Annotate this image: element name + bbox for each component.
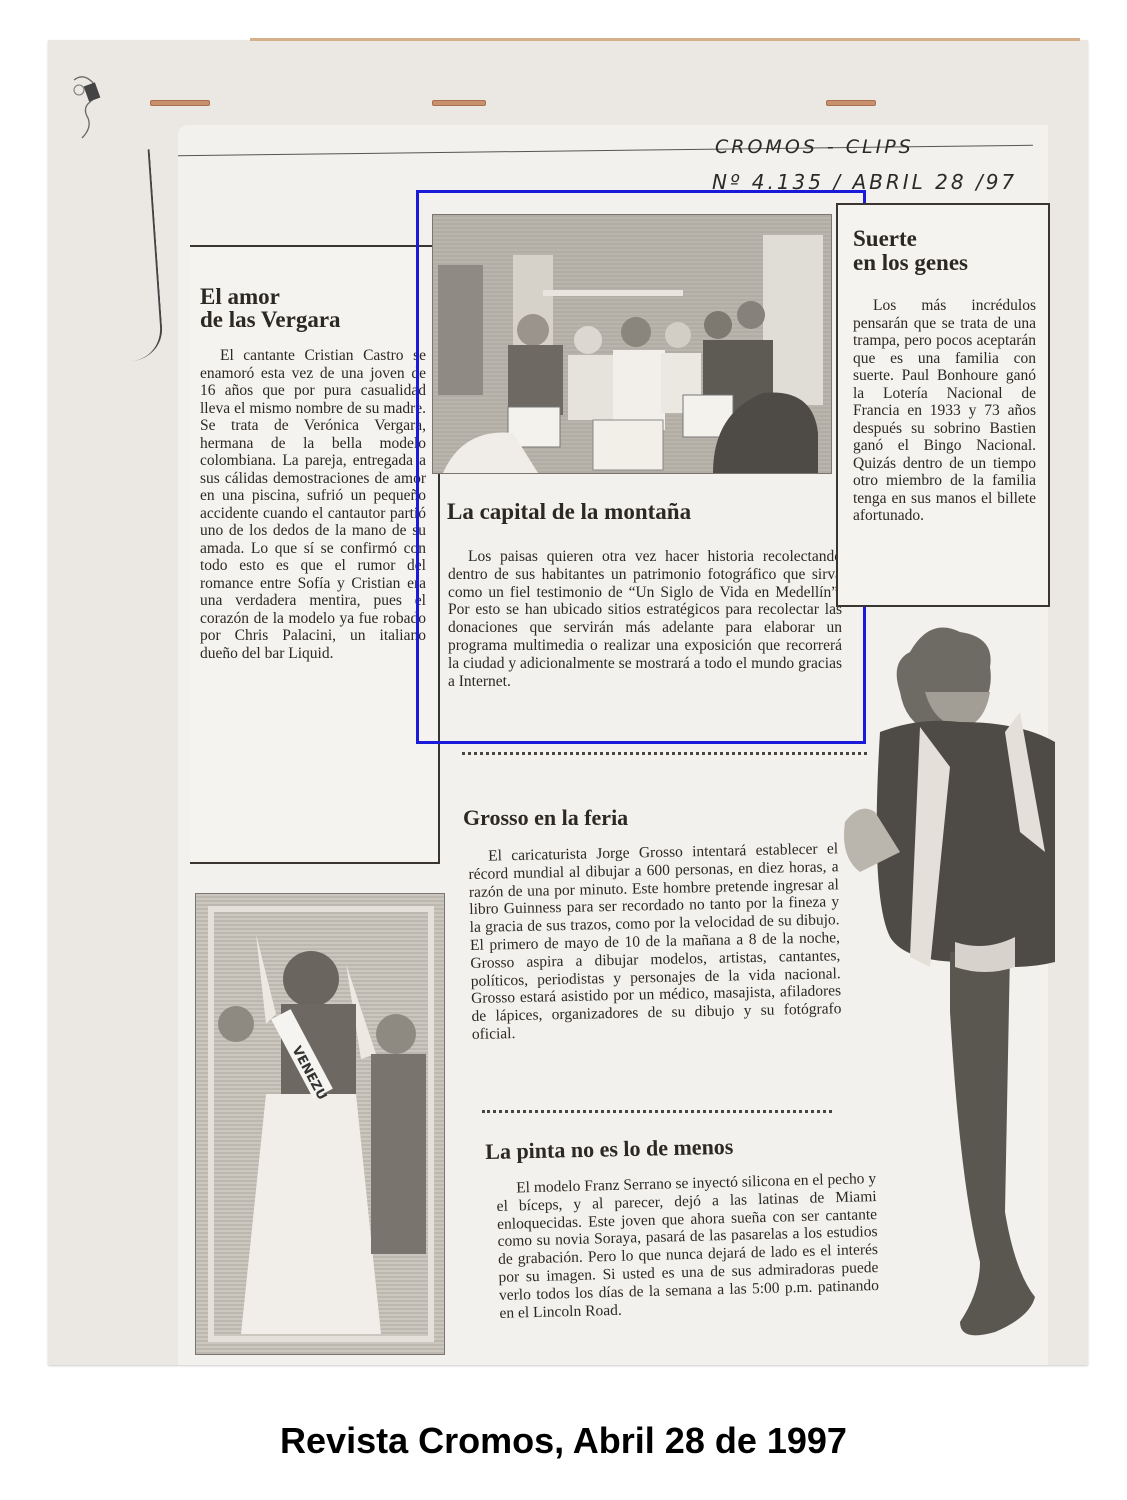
page-caption: Revista Cromos, Abril 28 de 1997 <box>0 1420 1127 1462</box>
article-body: El modelo Franz Serrano se inyectó silic… <box>496 1170 880 1322</box>
headline-line: Suerte <box>853 226 917 251</box>
headline-line: en los genes <box>853 250 968 275</box>
sheet-edge <box>250 38 1080 41</box>
model-photo <box>840 612 1055 1352</box>
handwritten-label: CROMOS - CLIPS <box>715 136 914 158</box>
highlight-box <box>416 190 866 744</box>
doodle-icon <box>64 70 124 150</box>
dotted-separator <box>462 752 867 755</box>
article-headline: El amor de las Vergara <box>200 285 426 331</box>
article-headline: Grosso en la feria <box>463 806 628 829</box>
article-body: El caricaturista Jorge Grosso intentará … <box>468 840 842 1043</box>
article-headline: La pinta no es lo de menos <box>485 1135 734 1163</box>
headline-line: El amor <box>200 284 280 309</box>
article-body: El cantante Cristian Castro se enamoró e… <box>200 347 426 662</box>
headline-line: de las Vergara <box>200 307 341 332</box>
dotted-separator <box>482 1110 832 1113</box>
staple <box>432 100 486 106</box>
article-body: Los más incrédulos pensarán que se trata… <box>853 297 1036 525</box>
article-suerte-genes: Suerte en los genes Los más incrédulos p… <box>836 203 1050 607</box>
staple <box>826 100 876 106</box>
article-amor-vergara: El amor de las Vergara El cantante Crist… <box>190 245 440 864</box>
article-headline: Suerte en los genes <box>853 227 1036 275</box>
pageant-photo: VENEZU <box>195 893 445 1355</box>
staple <box>150 100 210 106</box>
pageant-photo-illustration: VENEZU <box>196 894 444 1354</box>
